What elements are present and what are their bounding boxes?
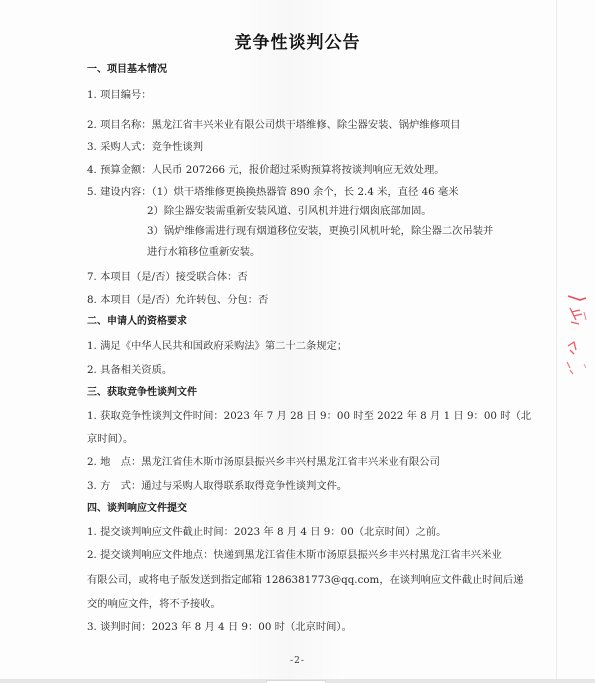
- item-qualification-1: 1. 满足《中华人民共和国政府采购法》第二十二条规定；: [87, 339, 347, 353]
- item-submit-location-cont: 有限公司，或将电子版发送到指定邮箱 1286381773@qq.com，在谈判响…: [87, 573, 523, 587]
- seal-stamp-fragment-icon: [566, 294, 588, 384]
- section-heading-4: 四、谈判响应文件提交: [87, 502, 187, 516]
- section-heading-2: 二、申请人的资格要求: [87, 315, 187, 329]
- item-subcontract: 8. 本项目（是/否）允许转包、分包：否: [87, 293, 268, 307]
- item-submit-location: 2. 提交谈判响应文件地点：快递到黑龙江省佳木斯市汤原县振兴乡丰兴村黑龙江省丰兴…: [87, 548, 502, 562]
- section-heading-1: 一、项目基本情况: [87, 63, 167, 77]
- item-construction-content: 5. 建设内容：（1）烘干塔维修更换换热器管 890 余个，长 2.4 米，直径…: [87, 185, 459, 199]
- page-edge-line: [556, 0, 557, 679]
- item-submit-deadline: 1. 提交谈判响应文件截止时间：2023 年 8 月 4 日 9：00（北京时间…: [87, 525, 446, 539]
- section-heading-3: 三、获取竞争性谈判文件: [87, 386, 197, 400]
- item-obtain-time: 1. 获取竞争性谈判文件时间：2023 年 7 月 28 日 9：00 时至 2…: [87, 409, 531, 423]
- item-budget: 4. 预算金额：人民币 207266 元，报价超过采购预算将按谈判响应无效处理。: [87, 163, 445, 177]
- item-negotiation-time: 3. 谈判时间：2023 年 8 月 4 日 9：00 时（北京时间）。: [87, 620, 352, 634]
- item-qualification-2: 2. 具备相关资质。: [87, 363, 172, 377]
- item-procurement-method: 3. 采购人式：竞争性谈判: [87, 140, 203, 154]
- document-title: 竞争性谈判公告: [0, 28, 595, 53]
- document-page: 竞争性谈判公告 一、项目基本情况 1. 项目编号： 2. 项目名称：黑龙江省丰兴…: [0, 0, 595, 679]
- item-construction-sub-3-cont: 进行水箱移位重新安装。: [147, 245, 260, 259]
- item-consortium: 7. 本项目（是/否）接受联合体：否: [87, 270, 248, 284]
- item-construction-sub-3: 3）锅炉维修需进行现有烟道移位安装，更换引风机叶轮，除尘器二次吊装并: [147, 224, 493, 238]
- item-construction-sub-2: 2）除尘器安装需重新安装风道、引风机并进行烟囱底部加固。: [147, 204, 432, 218]
- item-submit-location-cont-2: 交的响应文件，将不予接收。: [87, 597, 221, 611]
- item-obtain-method: 3. 方 式：通过与采购人取得联系取得竞争性谈判文件。: [87, 479, 347, 493]
- item-project-number: 1. 项目编号：: [87, 88, 152, 102]
- item-project-name: 2. 项目名称：黑龙江省丰兴米业有限公司烘干塔维修、除尘器安装、锅炉维修项目: [87, 118, 461, 132]
- item-obtain-location: 2. 地 点：黑龙江省佳木斯市汤原县振兴乡丰兴村黑龙江省丰兴米业有限公司: [87, 455, 440, 469]
- page-number: -2-: [0, 656, 595, 666]
- item-obtain-time-cont: 京时间）。: [87, 432, 133, 446]
